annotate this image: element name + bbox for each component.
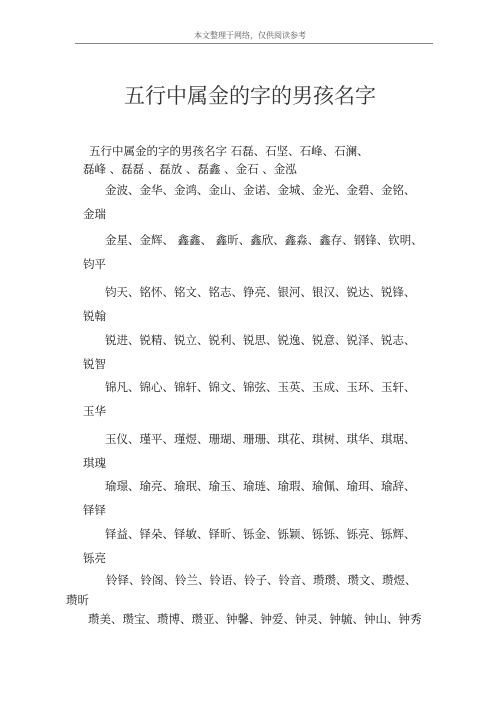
paragraph-line-2: 铄亮 <box>83 551 106 565</box>
paragraph-line-2: 金瑞 <box>83 207 106 221</box>
paragraph-line-1: 铎益、铎朵、铎敏、铎昕、铄金、铄颖、铄铄、铄亮、铄辉、 <box>83 522 423 546</box>
paragraph-line-2: 钧平 <box>83 257 106 271</box>
name-paragraph: 金星、金辉、 鑫鑫、 鑫昕、鑫欣、鑫淼、鑫存、钢锋、钦明、 钧平 <box>83 228 423 276</box>
name-paragraph: 铎益、铎朵、铎敏、铎昕、铄金、铄颖、铄铄、铄亮、铄辉、 铄亮 <box>83 522 423 570</box>
name-paragraph: 钧天、铭怀、铭文、铭志、铮亮、银河、银汉、锐达、锐锋、 锐翰 <box>83 280 423 328</box>
paragraph-line-2: 锐智 <box>83 357 106 371</box>
name-paragraph: 锐进、锐精、锐立、锐利、锐思、锐逸、锐意、锐泽、锐志、 锐智 <box>83 328 423 376</box>
header-divider <box>75 43 433 44</box>
paragraph-line-1: 玉仪、瑾平、瑾煜、珊瑚、珊珊、琪花、琪树、琪华、琪琚、 <box>83 427 423 451</box>
paragraph-line-2: 铎铎 <box>83 503 106 517</box>
name-paragraph: 铃铎、铃阁、铃兰、铃语、铃子、铃音、瓒瓒、瓒文、瓒煜、 瓒昕 <box>66 570 426 610</box>
name-paragraph: 玉仪、瑾平、瑾煜、珊瑚、珊珊、琪花、琪树、琪华、琪琚、 琪瑰 <box>83 427 423 475</box>
name-paragraph: 锦凡、锦心、锦轩、锦文、锦弦、玉英、玉成、玉环、玉轩、 玉华 <box>83 375 423 423</box>
paragraph-line-1: 瑜璟、瑜亮、瑜珉、瑜玉、瑜琏、瑜瑕、瑜佩、瑜珥、瑜辞、 <box>83 474 423 498</box>
last-line: 瓒美、瓒宝、瓒博、瓒亚、钟馨、钟爱、钟灵、钟毓、钟山、钟秀 <box>88 611 422 627</box>
paragraph-line-1: 金星、金辉、 鑫鑫、 鑫昕、鑫欣、鑫淼、鑫存、钢锋、钦明、 <box>83 228 423 252</box>
paragraph-line-1: 钧天、铭怀、铭文、铭志、铮亮、银河、银汉、锐达、锐锋、 <box>83 280 423 304</box>
name-paragraph: 瑜璟、瑜亮、瑜珉、瑜玉、瑜琏、瑜瑕、瑜佩、瑜珥、瑜辞、 铎铎 <box>83 474 423 522</box>
paragraph-line-2: 琪瑰 <box>83 456 106 470</box>
document-title: 五行中属金的字的男孩名字 <box>0 80 500 110</box>
intro-paragraph: 五行中属金的字的男孩名字 石磊、石坚、石峰、石澜、 磊峰 、磊磊 、磊放 、磊鑫… <box>83 142 423 178</box>
paragraph-line-1: 金波、金华、金鸿、金山、金诺、金城、金光、金碧、金铭、 <box>83 178 423 202</box>
paragraph-line-1: 锐进、锐精、锐立、锐利、锐思、锐逸、锐意、锐泽、锐志、 <box>83 328 423 352</box>
paragraph-line-1: 锦凡、锦心、锦轩、锦文、锦弦、玉英、玉成、玉环、玉轩、 <box>83 375 423 399</box>
paragraph-line-1: 铃铎、铃阁、铃兰、铃语、铃子、铃音、瓒瓒、瓒文、瓒煜、 <box>66 570 426 590</box>
paragraph-line-2: 瓒昕 <box>66 593 89 607</box>
name-paragraph: 金波、金华、金鸿、金山、金诺、金城、金光、金碧、金铭、 金瑞 <box>83 178 423 226</box>
page-header-note: 本文整理于网络，仅供阅读参考 <box>0 30 500 41</box>
intro-line-1: 五行中属金的字的男孩名字 石磊、石坚、石峰、石澜、 <box>83 142 423 160</box>
intro-line-2: 磊峰 、磊磊 、磊放 、磊鑫 、金石 、金泓 <box>83 162 297 176</box>
paragraph-line-2: 玉华 <box>83 404 106 418</box>
paragraph-line-2: 锐翰 <box>83 309 106 323</box>
